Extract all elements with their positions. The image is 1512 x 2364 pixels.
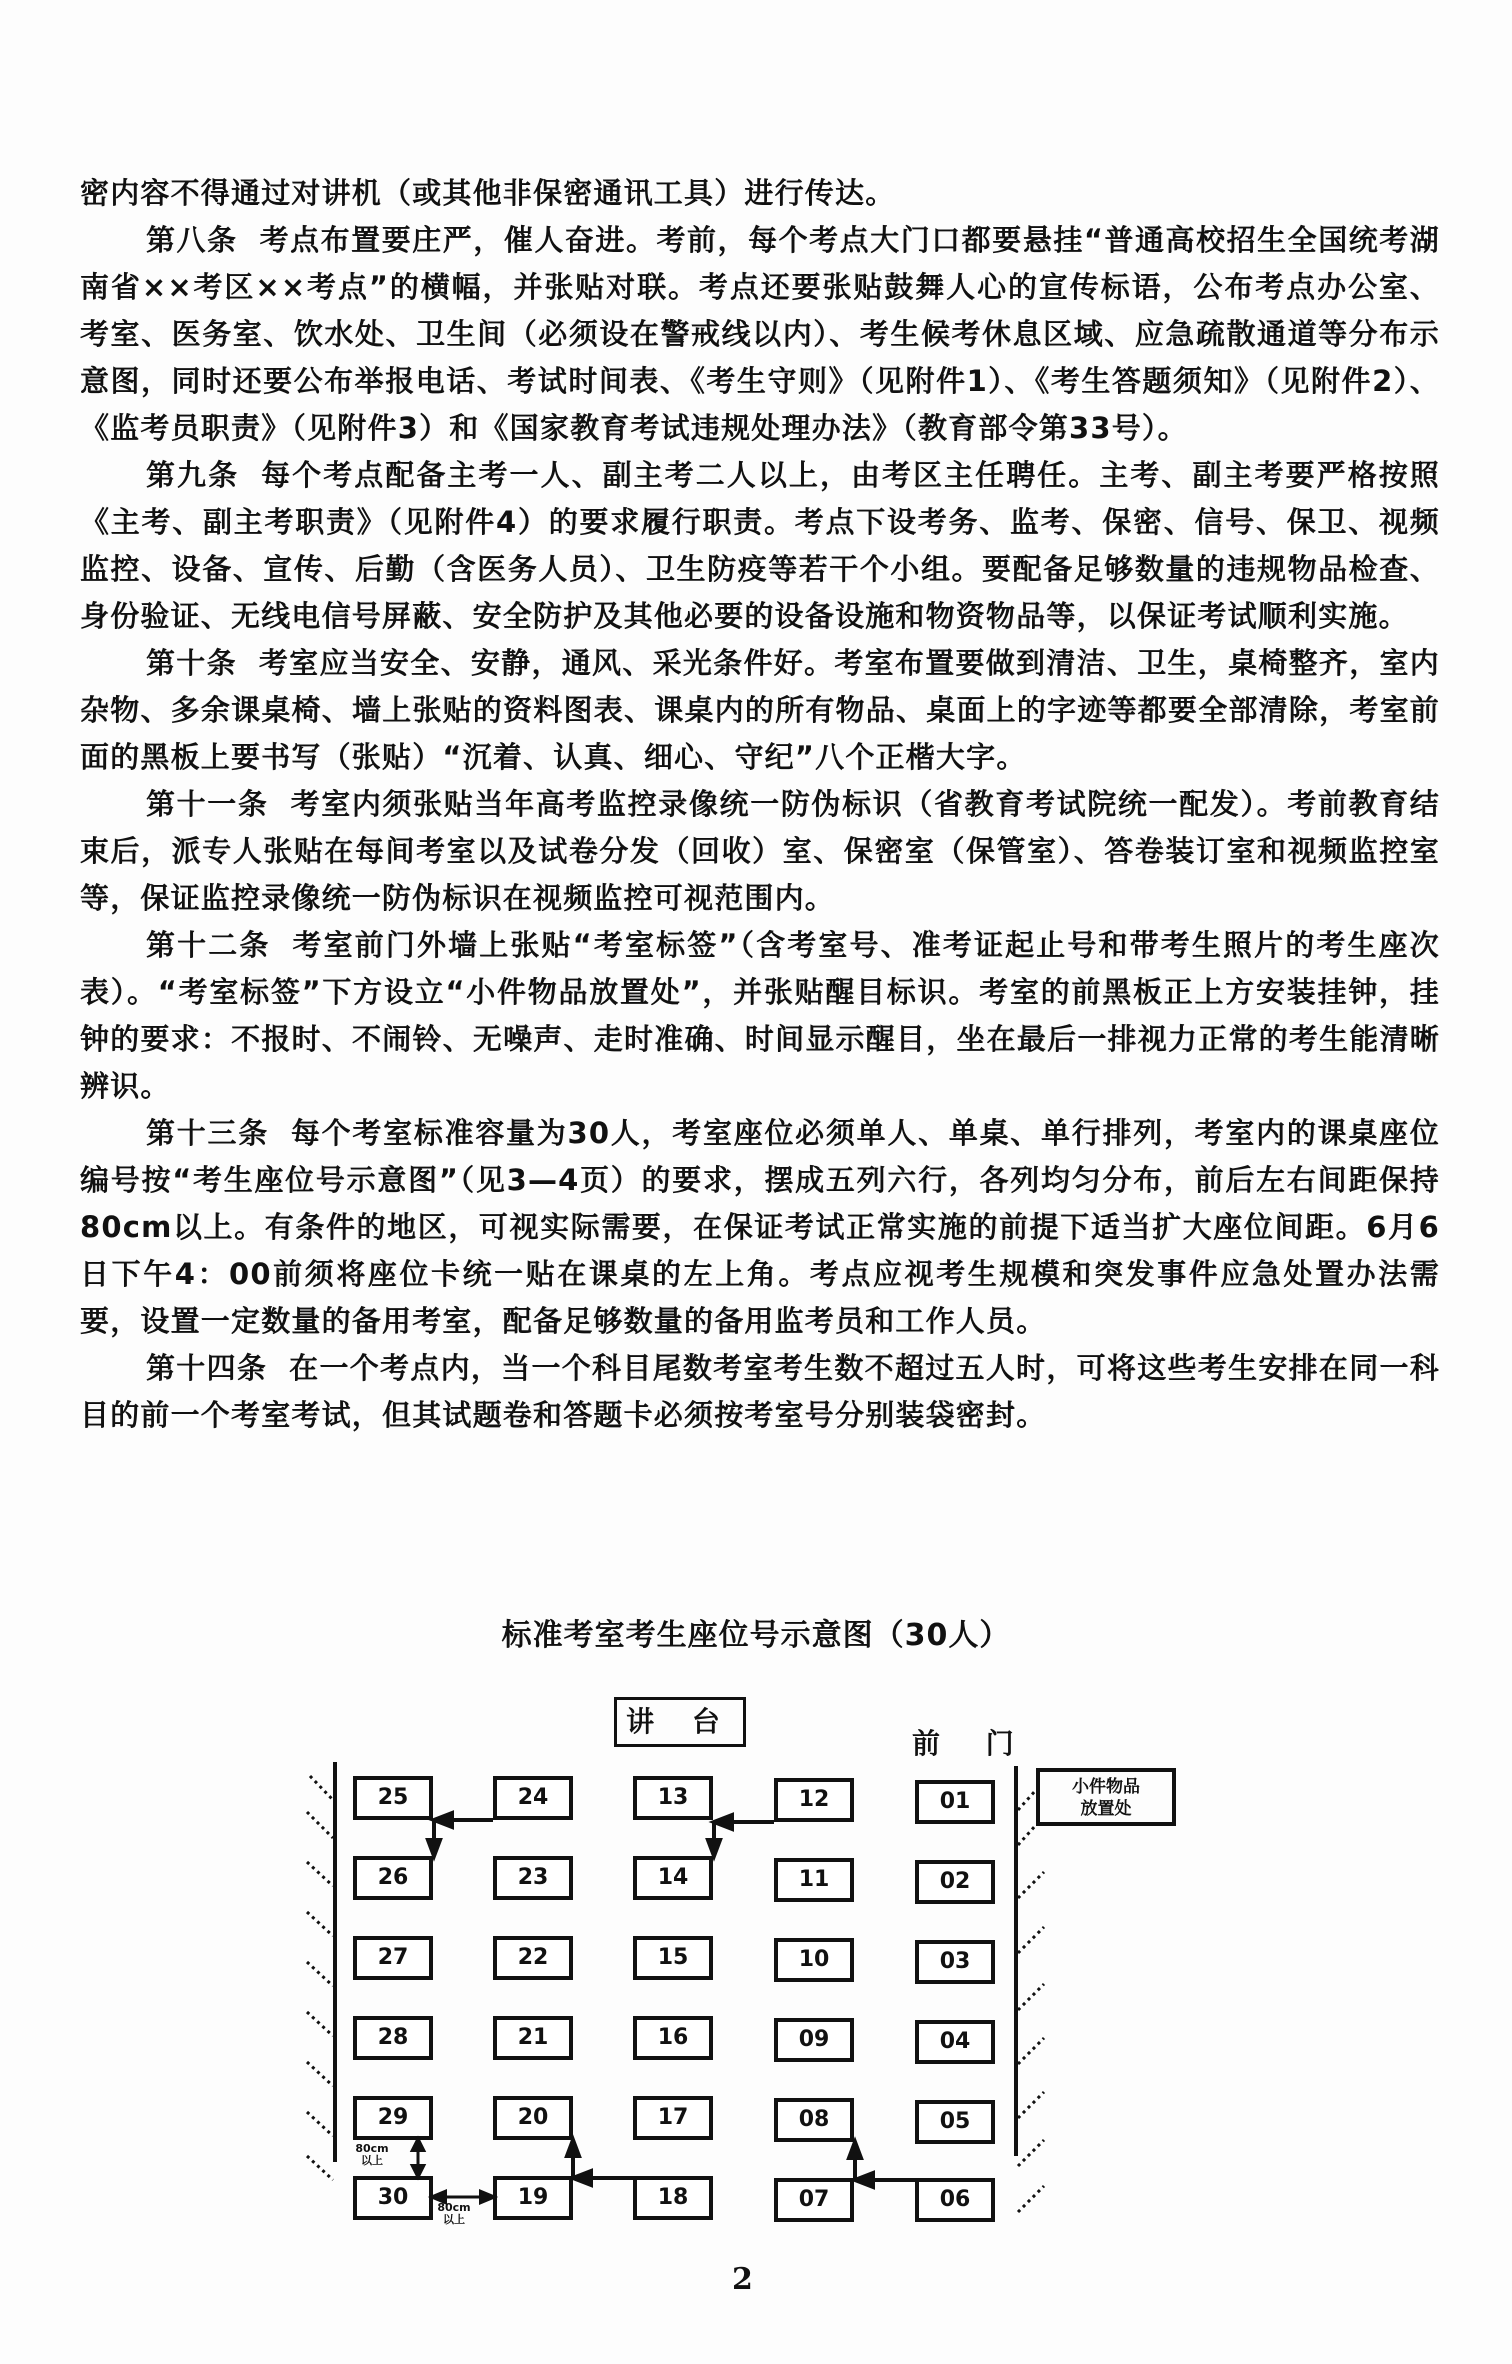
seat-order-arrows	[413, 1813, 915, 2202]
page-number: 2	[732, 2262, 753, 2297]
left-window-hatches	[307, 1776, 333, 2180]
seating-diagram: 讲 台 前 门 小件物品 放置处 25 26 27 28 29 30 24 23…	[0, 0, 1512, 2364]
diagram-arrows-and-walls	[0, 0, 1512, 2364]
right-window-hatches	[1018, 1790, 1044, 2212]
